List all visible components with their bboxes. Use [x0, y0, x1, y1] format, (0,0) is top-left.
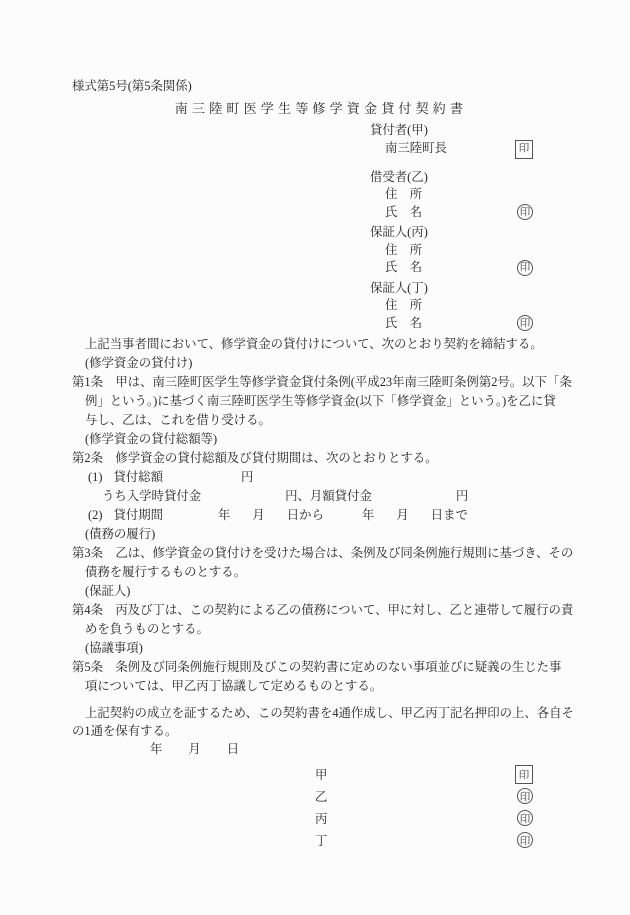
day-label: 日: [227, 742, 239, 756]
borrower-seal-icon: 印: [517, 204, 533, 220]
year-label: 年: [362, 508, 374, 522]
lender-seal-icon: 印: [515, 140, 533, 159]
article1-line1: 第1条 甲は、南三陸町医学生等修学資金貸付条例(平成23年南三陸町条例第2号。以…: [72, 373, 564, 392]
month-label: 月: [252, 508, 264, 522]
signer-tei-label: 丁: [315, 831, 327, 849]
guarantor2-address-label: 住 所: [385, 297, 422, 315]
signer-otsu-label: 乙: [315, 787, 327, 805]
clause-item-1: (1)貸付総額円: [72, 468, 564, 487]
guarantor1-role-label: 保証人(丙): [370, 224, 533, 242]
article3-line1: 第3条 乙は、修学資金の貸付けを受けた場合は、条例及び同条例施行規則に基づき、そ…: [72, 544, 564, 563]
entrance-loan-amount-field: [201, 499, 285, 500]
guarantor1-group: 保証人(丙) 住 所 氏 名 印: [370, 224, 533, 277]
start-day-field: [265, 518, 287, 519]
closing-paragraph: 上記契約の成立を証するため、この契約書を4通作成し、甲乙丙丁記名押印の上、各自そ…: [72, 704, 564, 758]
monthly-loan-amount-field: [372, 499, 456, 500]
article2-heading: (修学資金の貸付総額等): [72, 430, 564, 449]
signature-row-otsu: 乙 印: [315, 785, 533, 807]
guarantor1-address-label: 住 所: [385, 242, 422, 260]
monthly-loan-label: 月額貸付金: [310, 489, 372, 503]
item1-number: (1): [88, 470, 102, 484]
lender-name: 南三陸町長: [385, 140, 447, 158]
signer-hei-label: 丙: [315, 809, 327, 827]
year-label: 年: [218, 508, 230, 522]
item2-label: 貸付期間: [113, 508, 163, 522]
kou-seal-icon: 印: [515, 765, 533, 784]
borrower-address-label: 住 所: [385, 186, 422, 204]
clause-item-1-sub: うち入学時貸付金円、月額貸付金円: [72, 487, 564, 506]
end-year-field: [324, 518, 362, 519]
end-month-field: [374, 518, 396, 519]
signer-kou-label: 甲: [315, 765, 327, 783]
guarantor2-group: 保証人(丁) 住 所 氏 名 印: [370, 280, 533, 333]
guarantor2-role-label: 保証人(丁): [370, 280, 533, 298]
article5-line1: 第5条 条例及び同条例施行規則及びこの契約書に定めのない事項並びに疑義の生じた事: [72, 658, 564, 677]
yen-unit-label: 円: [241, 470, 253, 484]
entrance-loan-label: うち入学時貸付金: [102, 489, 201, 503]
borrower-name-row: 氏 名 印: [370, 204, 533, 222]
month-label: 月: [188, 742, 200, 756]
borrower-address-row: 住 所: [370, 186, 533, 204]
borrower-role-label: 借受者(乙): [370, 169, 533, 187]
article5-line2: 項については、甲乙丙丁協議して定めるものとする。: [72, 677, 564, 696]
day-to-label: 日まで: [431, 508, 468, 522]
month-label: 月: [396, 508, 408, 522]
closing-line2: の1通を保有する。: [72, 722, 564, 740]
article2-line1: 第2条 修学資金の貸付総額及び貸付期間は、次のとおりとする。: [72, 449, 564, 468]
article3-heading: (債務の履行): [72, 525, 564, 544]
guarantor2-address-row: 住 所: [370, 297, 533, 315]
item2-number: (2): [88, 508, 102, 522]
guarantor1-name-row: 氏 名 印: [370, 259, 533, 277]
guarantor1-address-row: 住 所: [370, 242, 533, 260]
article4-line2: めを負うものとする。: [72, 620, 564, 639]
article1-line3: 与し、乙は、これを借り受ける。: [72, 411, 564, 430]
borrower-name-label: 氏 名: [385, 204, 422, 222]
hei-seal-icon: 印: [517, 810, 533, 826]
yen-comma-label: 円、: [285, 489, 310, 503]
guarantor1-name-label: 氏 名: [385, 259, 422, 277]
signature-block: 甲 印 乙 印 丙 印 丁 印: [72, 763, 570, 851]
signature-row-hei: 丙 印: [315, 807, 533, 829]
clause-item-2: (2)貸付期間年月日から年月日まで: [72, 506, 564, 525]
start-month-field: [230, 518, 252, 519]
preamble: 上記当事者間において、修学資金の貸付けについて、次のとおり契約を締結する。: [72, 335, 564, 354]
tei-seal-icon: 印: [517, 832, 533, 848]
signature-row-tei: 丁 印: [315, 829, 533, 851]
form-number: 様式第5号(第5条関係): [72, 79, 570, 93]
otsu-seal-icon: 印: [517, 788, 533, 804]
closing-line1: 上記契約の成立を証するため、この契約書を4通作成し、甲乙丙丁記名押印の上、各自そ: [72, 704, 564, 722]
yen-unit-label: 円: [456, 489, 468, 503]
article4-heading: (保証人): [72, 582, 564, 601]
document-title: 南三陸町医学生等修学資金貸付契約書: [72, 101, 570, 117]
article1-line2: 例」という。)に基づく南三陸町医学生等修学資金(以下「修学資金」という。)を乙に…: [72, 392, 564, 411]
day-from-label: 日から: [287, 508, 324, 522]
loan-total-amount-field: [163, 480, 241, 481]
borrower-group: 借受者(乙) 住 所 氏 名 印: [370, 169, 533, 222]
signature-row-kou: 甲 印: [315, 763, 533, 785]
year-label: 年: [150, 742, 162, 756]
item1-label: 貸付総額: [113, 470, 163, 484]
article5-heading: (協議事項): [72, 639, 564, 658]
date-year-field: [162, 752, 188, 753]
guarantor1-seal-icon: 印: [517, 260, 533, 276]
lender-group: 貸付者(甲) 南三陸町長 印: [370, 122, 533, 159]
end-day-field: [409, 518, 431, 519]
parties-block: 貸付者(甲) 南三陸町長 印 借受者(乙) 住 所 氏 名 印 保証人(丙): [370, 122, 533, 332]
date-month-field: [201, 752, 227, 753]
guarantor2-name-row: 氏 名 印: [370, 315, 533, 333]
article1-heading: (修学資金の貸付け): [72, 354, 564, 373]
lender-name-row: 南三陸町長 印: [370, 140, 533, 159]
article4-line1: 第4条 丙及び丁は、この契約による乙の債務について、甲に対し、乙と連帯して履行の…: [72, 601, 564, 620]
contract-body: 上記当事者間において、修学資金の貸付けについて、次のとおり契約を締結する。 (修…: [72, 335, 564, 696]
contract-date-line: 年月日: [150, 740, 564, 758]
lender-role-label: 貸付者(甲): [370, 122, 533, 140]
article3-line2: 債務を履行するものとする。: [72, 563, 564, 582]
start-year-field: [163, 518, 218, 519]
document-page: 様式第5号(第5条関係) 南三陸町医学生等修学資金貸付契約書 貸付者(甲) 南三…: [0, 0, 630, 915]
guarantor2-seal-icon: 印: [517, 315, 533, 331]
guarantor2-name-label: 氏 名: [385, 315, 422, 333]
